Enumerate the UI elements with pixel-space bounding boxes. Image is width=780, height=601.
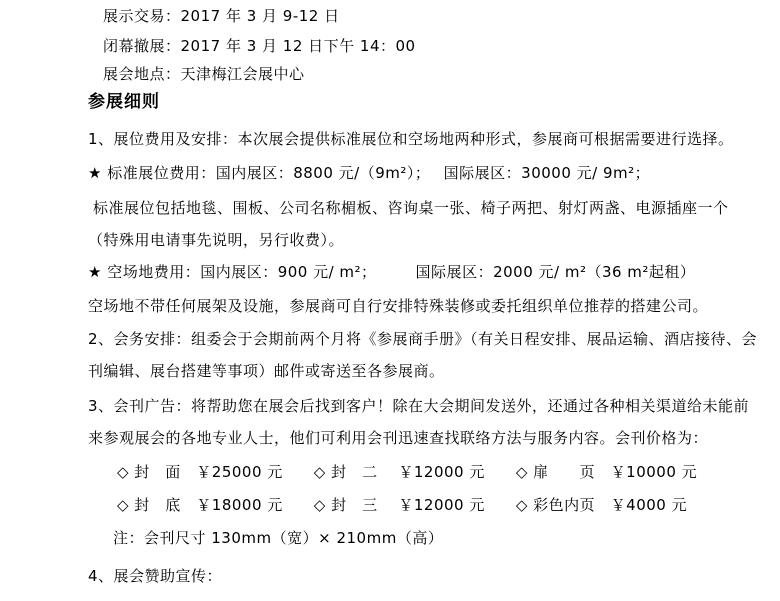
para-standard-booth-electric-note: （特殊用电请事先说明，另行收费）。 — [88, 230, 344, 250]
catalog-price-row-2: ◇ 封 底 ￥18000 元 ◇ 封 三 ￥12000 元 ◇ 彩色内页 ￥40… — [117, 495, 687, 515]
catalog-price-row-1: ◇ 封 面 ￥25000 元 ◇ 封 二 ￥12000 元 ◇ 扉 页 ￥100… — [117, 462, 697, 482]
para-sponsorship-heading: 4、展会赞助宣传： — [88, 566, 222, 586]
catalog-size-note: 注：会刊尺寸 130mm（宽）× 210mm（高） — [113, 528, 443, 548]
para-standard-booth-fee: ★ 标准展位费用：国内展区：8800 元/（9m²）； 国际展区：30000 元… — [88, 163, 650, 183]
para-conference-arrangement-line1: 2、会务安排：组委会于会期前两个月将《参展商手册》（有关日程安排、展品运输、酒店… — [88, 329, 757, 349]
para-conference-arrangement-line2: 刊编辑、展台搭建等事项）邮件或寄送至各参展商。 — [88, 361, 445, 381]
para-raw-space-note: 空场地不带任何展架及设施，参展商可自行安排特殊装修或委托组织单位推荐的搭建公司。 — [88, 296, 708, 316]
para-catalog-ads-line2: 来参观展会的各地专业人士，他们可利用会刊迅速查找联络方法与服务内容。会刊价格为： — [88, 428, 708, 448]
para-raw-space-fee: ★ 空场地费用：国内展区：900 元/ m²； 国际展区：2000 元/ m²（… — [88, 262, 695, 282]
document-page: 展示交易：2017 年 3 月 9-12 日 闭幕撤展：2017 年 3 月 1… — [0, 0, 780, 601]
section-heading-exhibition-rules: 参展细则 — [88, 92, 160, 112]
info-line-venue: 展会地点：天津梅江会展中心 — [103, 64, 305, 84]
para-catalog-ads-line1: 3、会刊广告：将帮助您在展会后找到客户！除在大会期间发送外，还通过各种相关渠道给… — [88, 396, 749, 416]
para-standard-booth-includes: 标准展位包括地毯、围板、公司名称楣板、咨询桌一张、椅子两把、射灯两盏、电源插座一… — [93, 198, 729, 218]
para-booth-fee-intro: 1、展位费用及安排：本次展会提供标准展位和空场地两种形式，参展商可根据需要进行选… — [88, 129, 734, 149]
info-line-closing-teardown: 闭幕撤展：2017 年 3 月 12 日下午 14：00 — [103, 36, 416, 56]
info-line-show-dates: 展示交易：2017 年 3 月 9-12 日 — [103, 6, 340, 26]
